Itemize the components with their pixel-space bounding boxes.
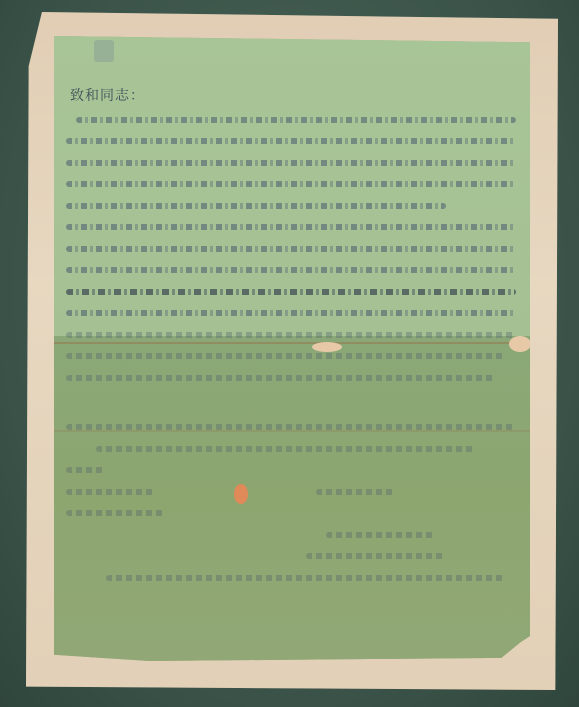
signature-line <box>326 532 436 538</box>
handwriting-line <box>66 246 516 252</box>
handwriting-line <box>106 575 506 581</box>
handwriting-line <box>66 160 516 166</box>
salutation: 致和同志： <box>70 88 145 104</box>
handwriting-line <box>66 467 106 473</box>
handwriting-line <box>66 181 516 187</box>
ink-smudge <box>94 40 114 62</box>
handwriting-line <box>66 224 516 230</box>
handwriting-line <box>66 289 516 295</box>
handwriting-line <box>66 510 166 516</box>
handwriting-line <box>66 267 516 273</box>
salutation-line: 致和同志： <box>66 86 526 108</box>
handwriting-line <box>66 489 156 495</box>
handwriting-line <box>316 489 396 495</box>
handwriting-line <box>66 332 516 338</box>
handwriting-line <box>66 310 516 316</box>
handwriting-line <box>76 117 516 123</box>
date-line <box>306 553 446 559</box>
letter-text: 致和同志： <box>66 86 526 587</box>
handwriting-line <box>66 138 516 144</box>
handwriting-line <box>66 203 446 209</box>
handwriting-line <box>96 446 476 452</box>
handwriting-line <box>66 353 506 359</box>
handwriting-line <box>66 424 516 430</box>
handwriting-line <box>66 375 496 381</box>
